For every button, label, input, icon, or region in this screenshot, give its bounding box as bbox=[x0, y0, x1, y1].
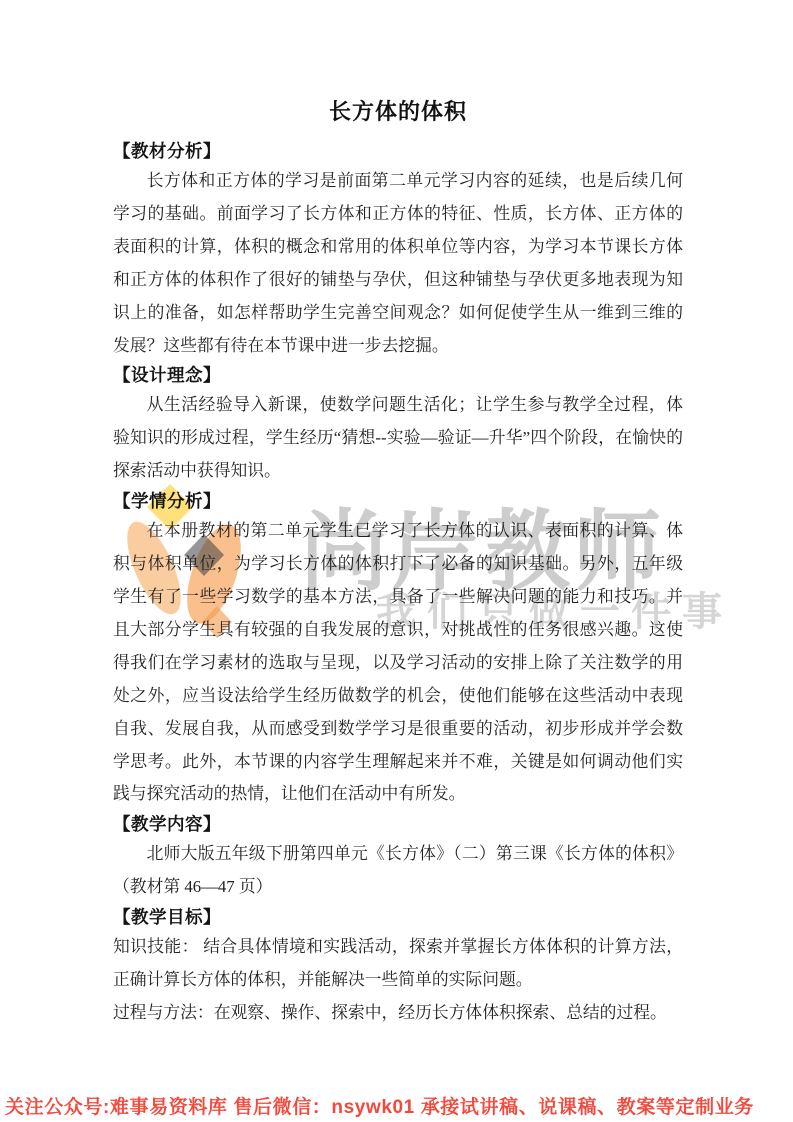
document-title: 长方体的体积 bbox=[113, 95, 683, 128]
document-content: 长方体的体积 【教材分析】 长方体和正方体的学习是前面第二单元学习内容的延续，也… bbox=[113, 95, 683, 1030]
section-heading-teaching-goals: 【教学目标】 bbox=[113, 904, 683, 931]
paragraph-learner-analysis: 在本册教材的第二单元学生已学习了长方体的认识、表面积的计算、体积与体积单位，为学… bbox=[113, 515, 683, 811]
paragraph-design-concept: 从生活经验导入新课，使数学问题生活化；让学生参与教学全过程，体验知识的形成过程，… bbox=[113, 389, 683, 488]
document-page: 尚岸教师 我们只做一件事 长方体的体积 【教材分析】 长方体和正方体的学习是前面… bbox=[0, 0, 793, 1122]
paragraph-teaching-content: 北师大版五年级下册第四单元《长方体》（二）第三课《长方体的体积》（教材第 46—… bbox=[113, 838, 683, 904]
paragraph-material-analysis: 长方体和正方体的学习是前面第二单元学习内容的延续，也是后续几何学习的基础。前面学… bbox=[113, 165, 683, 362]
section-heading-learner-analysis: 【学情分析】 bbox=[113, 488, 683, 515]
footer-promo-text: 关注公众号:难事易资料库 售后微信：nsywk01 承接试讲稿、说课稿、教案等定… bbox=[5, 1092, 791, 1119]
section-heading-material-analysis: 【教材分析】 bbox=[113, 138, 683, 165]
section-heading-teaching-content: 【教学内容】 bbox=[113, 811, 683, 838]
paragraph-knowledge-skills: 知识技能： 结合具体情境和实践活动，探索并掌握长方体体积的计算方法，正确计算长方… bbox=[113, 931, 683, 997]
paragraph-process-method: 过程与方法：在观察、操作、探索中，经历长方体体积探索、总结的过程。 bbox=[113, 997, 683, 1030]
section-heading-design-concept: 【设计理念】 bbox=[113, 362, 683, 389]
